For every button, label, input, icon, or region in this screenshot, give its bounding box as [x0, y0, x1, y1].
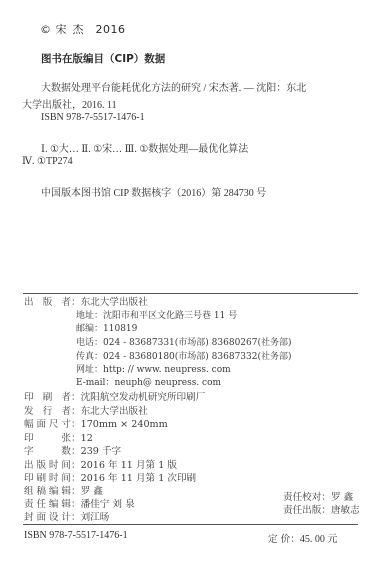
divider-bottom	[23, 524, 358, 525]
footer-price: 定 价：45. 00 元	[268, 530, 337, 545]
cip-isbn: ISBN 978-7-5517-1476-1	[41, 112, 145, 123]
acquisitions-editor-label: 组稿编辑	[24, 485, 71, 498]
copyright-year: 2016	[96, 23, 126, 36]
postcode-value: 110819	[103, 324, 137, 334]
printer-value: 沈阳航空发动机研究所印刷厂	[81, 392, 206, 403]
distributor-row: 发行者：东北大学出版社	[24, 405, 148, 418]
cip-title-line-1: 大数据处理平台能耗优化方法的研究 / 宋杰著. — 沈阳：东北	[41, 79, 306, 94]
sheets-label: 印张	[24, 432, 71, 445]
responsible-publisher-value: 唐敏志	[331, 505, 360, 516]
postcode-label: 邮编	[76, 324, 94, 334]
address-value: 沈阳市和平区文化路三号巷 11 号	[103, 311, 237, 321]
print-date-row: 印刷时间：2016 年 11 月第 1 次印刷	[24, 472, 196, 485]
fax-value: 024 - 83680180(市场部) 83687332(社务部)	[103, 352, 291, 362]
proofreader-label: 责任校对	[283, 492, 321, 503]
email-value: neuph@ neupress. com	[114, 378, 221, 388]
fax-label: 传真	[76, 352, 94, 362]
word-count-row: 字数：239 千字	[24, 445, 121, 458]
format-value: 170mm × 240mm	[81, 419, 168, 430]
price-value: 45. 00 元	[300, 534, 338, 545]
website-label: 网址	[76, 365, 94, 375]
publish-date-row: 出版时间：2016 年 11 月第 1 版	[24, 459, 177, 472]
fax-row: 传真：024 - 83680180(市场部) 83687332(社务部)	[76, 351, 292, 364]
cip-number: 中国版本图书馆 CIP 数据核字（2016）第 284730 号	[41, 184, 266, 199]
address-label: 地址	[76, 311, 94, 321]
cip-title-line-2: 大学出版社，2016. 11	[22, 96, 117, 111]
cover-design-label: 封面设计	[24, 511, 71, 524]
word-count-value: 239 千字	[81, 446, 122, 457]
printer-row: 印刷者：沈阳航空发动机研究所印刷厂	[24, 391, 205, 404]
publisher-row: 出版者：东北大学出版社	[24, 296, 148, 309]
publisher-value: 东北大学出版社	[81, 297, 148, 308]
distributor-value: 东北大学出版社	[81, 406, 148, 417]
cip-heading: 图书在版编目（CIP）数据	[41, 51, 165, 66]
acquisitions-editor-row: 组稿编辑：罗 鑫	[24, 485, 103, 498]
printer-label: 印刷者	[24, 391, 71, 404]
print-date-label: 印刷时间	[24, 472, 71, 485]
publish-date-label: 出版时间	[24, 459, 71, 472]
cip-classification-2: Ⅳ. ①TP274	[22, 156, 73, 167]
phone-label: 电话	[76, 338, 94, 348]
cip-classification-1: Ⅰ. ①大… Ⅱ. ①宋… Ⅲ. ①数据处理—最优化算法	[41, 140, 248, 155]
website-row: 网址：http: // www. neupress. com	[76, 364, 231, 377]
responsible-editor-value: 潘佳宁 刘 泉	[81, 499, 135, 510]
acquisitions-editor-value: 罗 鑫	[81, 486, 103, 497]
proofreader-row: 责任校对：罗 鑫	[283, 491, 353, 504]
sheets-row: 印张：12	[24, 432, 93, 445]
word-count-label: 字数	[24, 445, 71, 458]
copyright-line: ©宋杰2016	[40, 21, 126, 37]
address-row: 地址：沈阳市和平区文化路三号巷 11 号	[76, 310, 237, 323]
publish-date-value: 2016 年 11 月第 1 版	[81, 460, 177, 471]
copyright-holder: 宋杰	[56, 23, 90, 36]
proofreader-value: 罗 鑫	[331, 492, 353, 503]
cover-design-value: 刘江旸	[81, 512, 110, 523]
footer-isbn: ISBN 978-7-5517-1476-1	[24, 530, 128, 541]
format-label: 幅面尺寸	[24, 418, 71, 431]
print-date-value: 2016 年 11 月第 1 次印刷	[81, 473, 197, 484]
divider-top	[23, 293, 358, 294]
responsible-publisher-label: 责任出版	[283, 505, 321, 516]
copyright-symbol: ©	[40, 23, 52, 36]
cover-design-row: 封面设计：刘江旸	[24, 511, 109, 524]
email-label: E-mail	[76, 378, 105, 388]
responsible-editor-label: 责任编辑	[24, 498, 71, 511]
distributor-label: 发行者	[24, 405, 71, 418]
website-value: http: // www. neupress. com	[103, 365, 231, 375]
responsible-publisher-row: 责任出版：唐敏志	[283, 504, 360, 517]
postcode-row: 邮编：110819	[76, 323, 137, 336]
sheets-value: 12	[81, 433, 93, 444]
email-row: E-mail：neuph@ neupress. com	[76, 377, 221, 390]
publisher-label: 出版者	[24, 296, 71, 309]
responsible-editor-row: 责任编辑：潘佳宁 刘 泉	[24, 498, 135, 511]
format-row: 幅面尺寸：170mm × 240mm	[24, 418, 168, 431]
price-label: 定 价	[268, 534, 290, 545]
phone-value: 024 - 83687331(市场部) 83680267(社务部)	[103, 338, 291, 348]
phone-row: 电话：024 - 83687331(市场部) 83680267(社务部)	[76, 337, 292, 350]
